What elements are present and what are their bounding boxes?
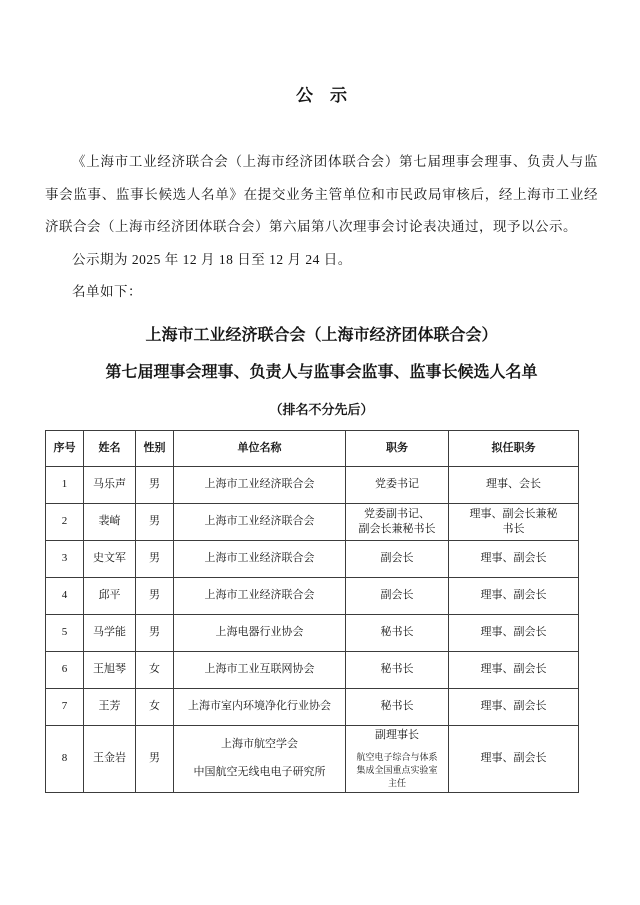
table-row: 3史文军男上海市工业经济联合会副会长理事、副会长 (46, 540, 579, 577)
cell-no: 6 (46, 651, 84, 688)
cell-position: 党委副书记、副会长兼秘书长 (346, 503, 449, 540)
cell-proposed: 理事、副会长 (449, 614, 579, 651)
cell-gender: 女 (136, 688, 174, 725)
table-row: 7王芳女上海市室内环境净化行业协会秘书长理事、副会长 (46, 688, 579, 725)
cell-position: 秘书长 (346, 688, 449, 725)
cell-name: 马学能 (84, 614, 136, 651)
table-row: 4邱平男上海市工业经济联合会副会长理事、副会长 (46, 577, 579, 614)
document-title: 公 示 (45, 84, 598, 108)
roster-title-line2: 第七届理事会理事、负责人与监事会监事、监事长候选人名单 (45, 354, 598, 391)
column-header-gender: 性别 (136, 430, 174, 466)
cell-no: 1 (46, 466, 84, 503)
table-row: 6王旭琴女上海市工业互联网协会秘书长理事、副会长 (46, 651, 579, 688)
cell-org: 上海市工业经济联合会 (174, 540, 346, 577)
cell-name: 史文军 (84, 540, 136, 577)
table-row: 2裴崎男上海市工业经济联合会党委副书记、副会长兼秘书长理事、副会长兼秘书长 (46, 503, 579, 540)
document-page: 公 示 《上海市工业经济联合会（上海市经济团体联合会）第七届理事会理事、负责人与… (0, 0, 640, 905)
cell-gender: 男 (136, 614, 174, 651)
cell-name: 马乐声 (84, 466, 136, 503)
cell-org: 上海市工业经济联合会 (174, 503, 346, 540)
cell-org: 上海电器行业协会 (174, 614, 346, 651)
cell-gender: 男 (136, 725, 174, 792)
column-header-organization: 单位名称 (174, 430, 346, 466)
cell-no: 3 (46, 540, 84, 577)
cell-position: 党委书记 (346, 466, 449, 503)
column-header-proposed-position: 拟任职务 (449, 430, 579, 466)
cell-gender: 女 (136, 651, 174, 688)
table-row: 8王金岩男上海市航空学会中国航空无线电电子研究所副理事长航空电子综合与体系集成全… (46, 725, 579, 792)
cell-position: 秘书长 (346, 614, 449, 651)
cell-org: 上海市工业经济联合会 (174, 577, 346, 614)
cell-proposed: 理事、会长 (449, 466, 579, 503)
cell-position: 秘书长 (346, 651, 449, 688)
cell-proposed: 理事、副会长 (449, 577, 579, 614)
roster-note: （排名不分先后） (45, 401, 598, 419)
cell-org: 上海市工业互联网协会 (174, 651, 346, 688)
cell-proposed: 理事、副会长 (449, 651, 579, 688)
table-row: 5马学能男上海电器行业协会秘书长理事、副会长 (46, 614, 579, 651)
cell-proposed: 理事、副会长 (449, 725, 579, 792)
cell-position: 副理事长航空电子综合与体系集成全国重点实验室主任 (346, 725, 449, 792)
cell-org: 上海市室内环境净化行业协会 (174, 688, 346, 725)
cell-org: 上海市工业经济联合会 (174, 466, 346, 503)
cell-no: 4 (46, 577, 84, 614)
cell-gender: 男 (136, 503, 174, 540)
cell-gender: 男 (136, 466, 174, 503)
cell-name: 王金岩 (84, 725, 136, 792)
cell-no: 2 (46, 503, 84, 540)
cell-gender: 男 (136, 540, 174, 577)
roster-table-body: 1马乐声男上海市工业经济联合会党委书记理事、会长2裴崎男上海市工业经济联合会党委… (46, 466, 579, 792)
cell-no: 5 (46, 614, 84, 651)
cell-no: 7 (46, 688, 84, 725)
cell-position: 副会长 (346, 540, 449, 577)
cell-name: 王旭琴 (84, 651, 136, 688)
cell-name: 邱平 (84, 577, 136, 614)
cell-gender: 男 (136, 577, 174, 614)
column-header-name: 姓名 (84, 430, 136, 466)
table-header-row: 序号 姓名 性别 单位名称 职务 拟任职务 (46, 430, 579, 466)
column-header-position: 职务 (346, 430, 449, 466)
cell-proposed: 理事、副会长 (449, 540, 579, 577)
table-row: 1马乐声男上海市工业经济联合会党委书记理事、会长 (46, 466, 579, 503)
column-header-no: 序号 (46, 430, 84, 466)
cell-org: 上海市航空学会中国航空无线电电子研究所 (174, 725, 346, 792)
cell-name: 王芳 (84, 688, 136, 725)
roster-title: 上海市工业经济联合会（上海市经济团体联合会） 第七届理事会理事、负责人与监事会监… (45, 317, 598, 391)
cell-proposed: 理事、副会长 (449, 688, 579, 725)
roster-table: 序号 姓名 性别 单位名称 职务 拟任职务 1马乐声男上海市工业经济联合会党委书… (45, 430, 579, 793)
paragraph-list-intro: 名单如下： (45, 276, 598, 309)
cell-no: 8 (46, 725, 84, 792)
cell-proposed: 理事、副会长兼秘书长 (449, 503, 579, 540)
paragraph-publicity-period: 公示期为 2025 年 12 月 18 日至 12 月 24 日。 (45, 244, 598, 277)
document-content: 公 示 《上海市工业经济联合会（上海市经济团体联合会）第七届理事会理事、负责人与… (0, 0, 640, 793)
cell-position: 副会长 (346, 577, 449, 614)
paragraph-main: 《上海市工业经济联合会（上海市经济团体联合会）第七届理事会理事、负责人与监事会监… (45, 146, 598, 244)
cell-name: 裴崎 (84, 503, 136, 540)
roster-title-line1: 上海市工业经济联合会（上海市经济团体联合会） (45, 317, 598, 354)
